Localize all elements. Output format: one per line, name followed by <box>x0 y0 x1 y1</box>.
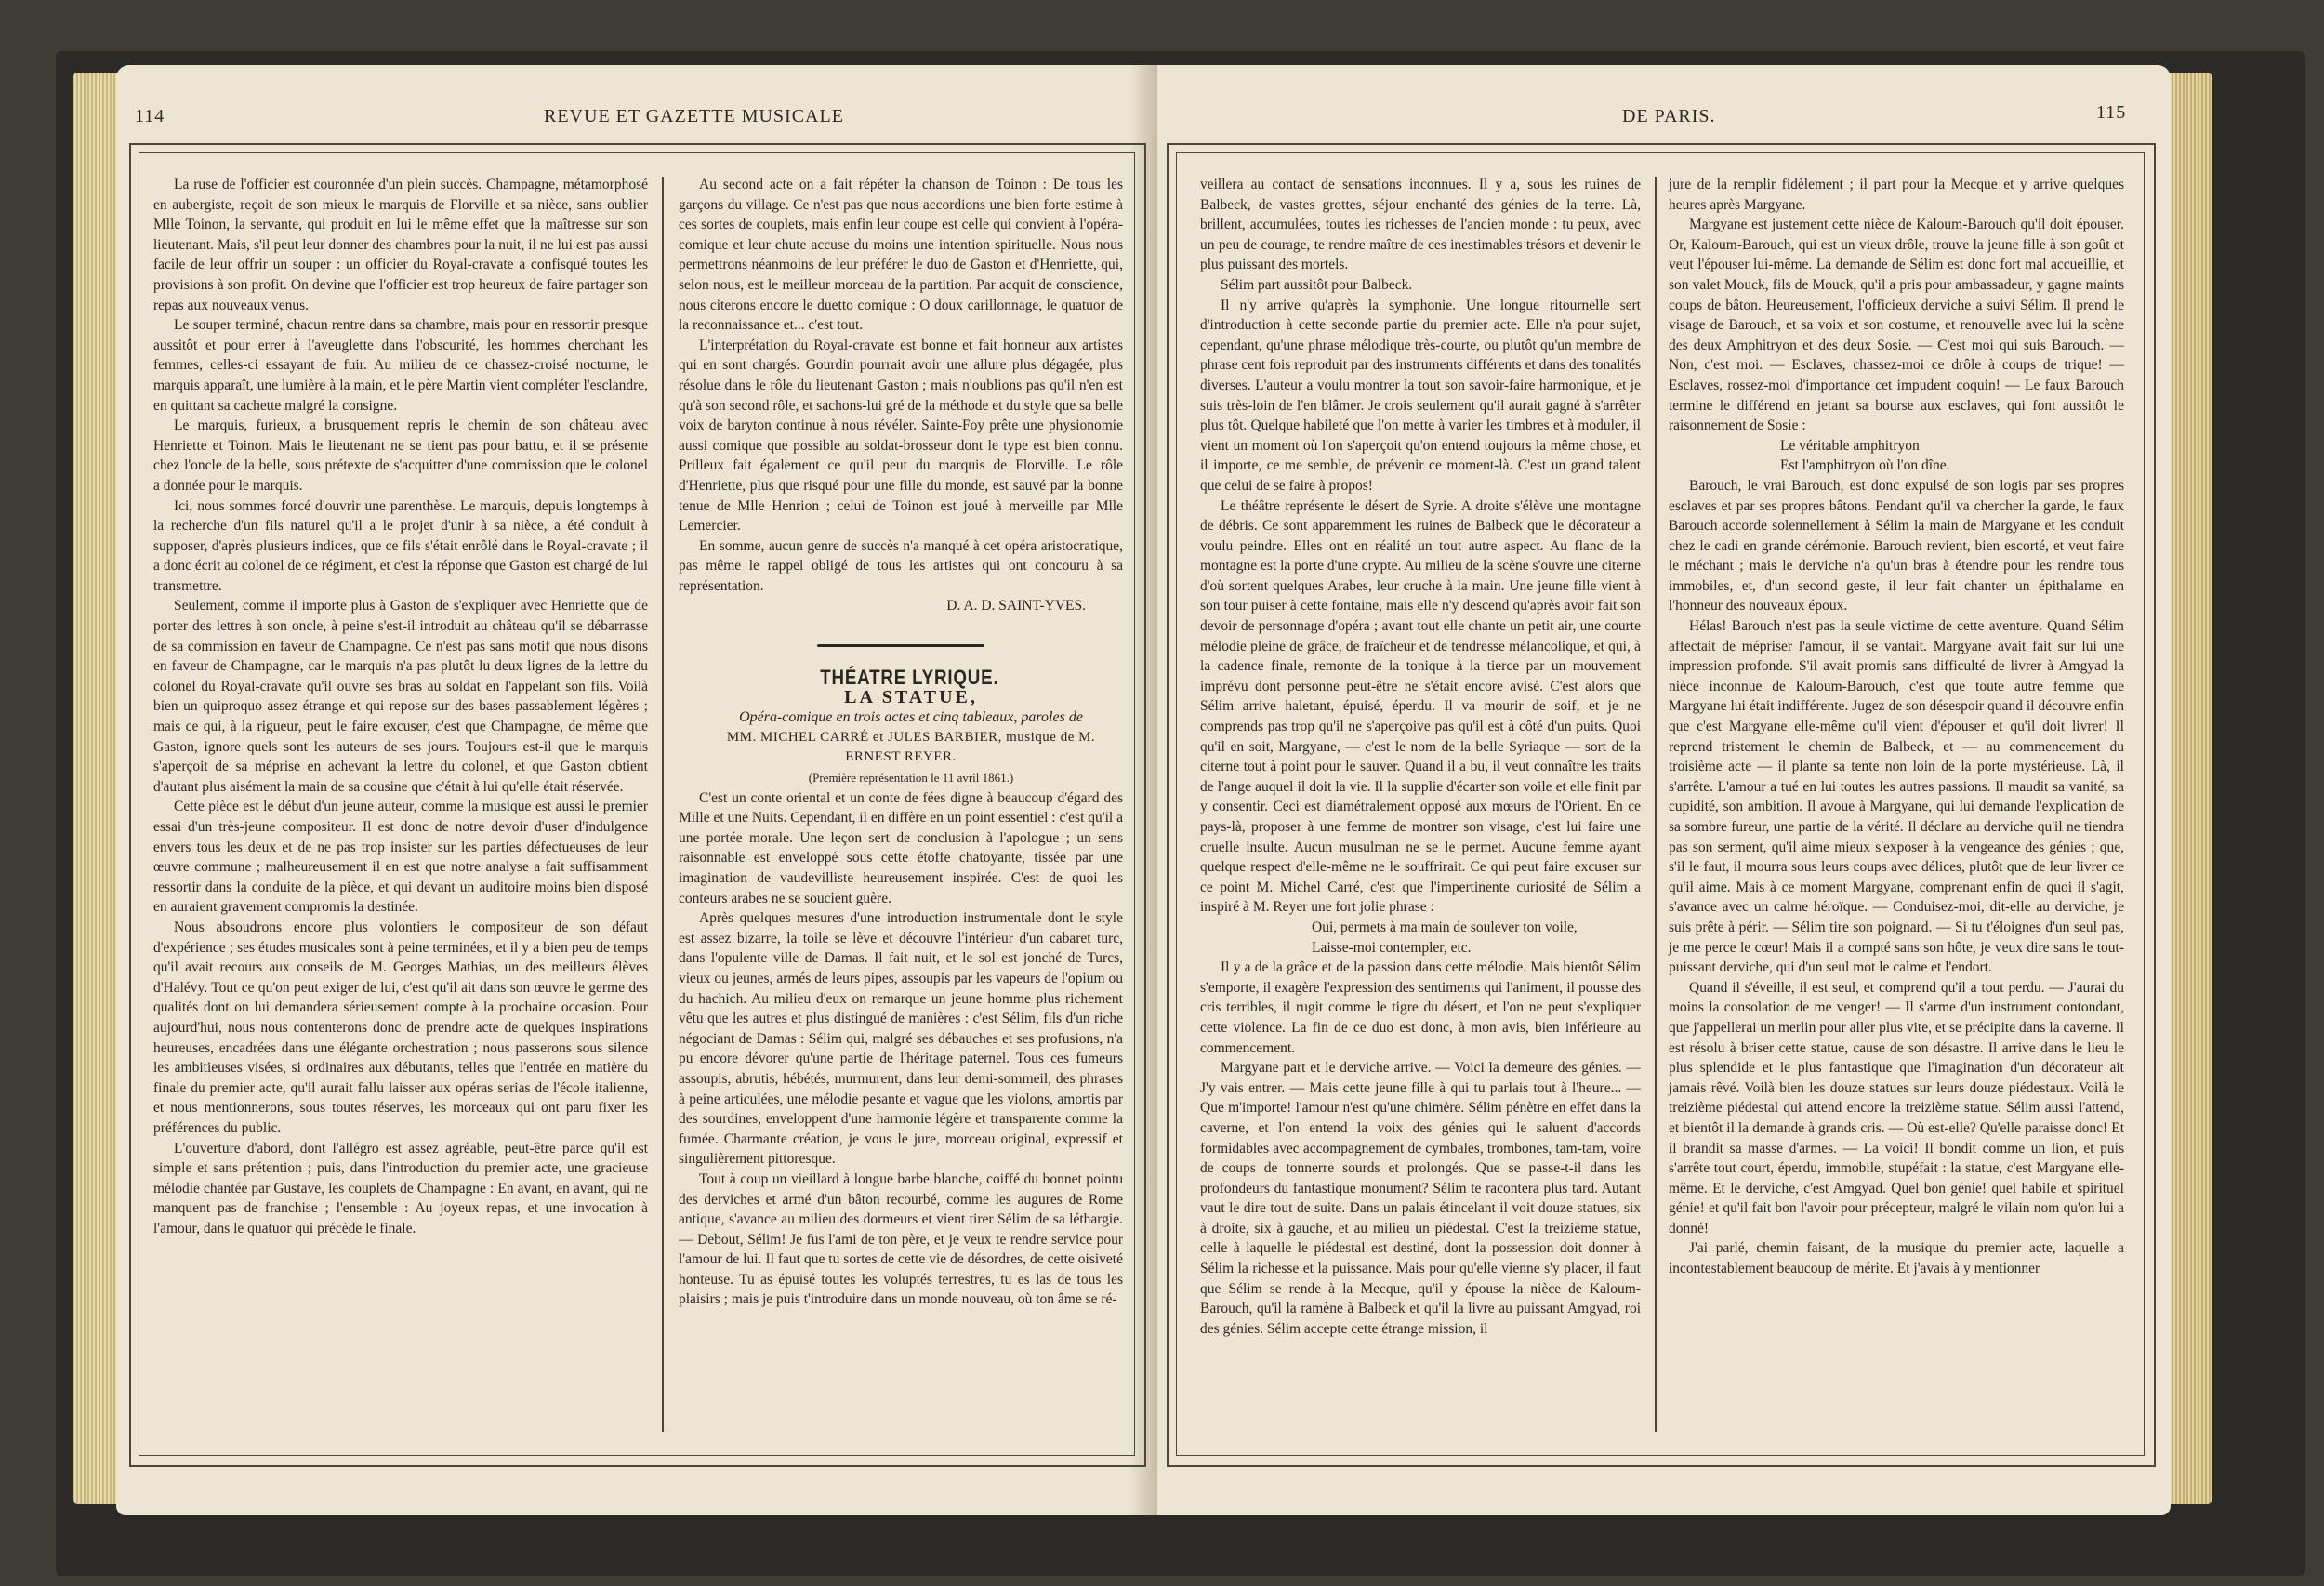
paragraph: Margyane part et le derviche arrive. — V… <box>1200 1058 1641 1339</box>
paragraph: En somme, aucun genre de succès n'a manq… <box>679 536 1123 597</box>
paragraph: Le souper terminé, chacun rentre dans sa… <box>153 315 648 416</box>
paragraph: Après quelques mesures d'une introductio… <box>679 908 1123 1170</box>
review-title: LA STATUE, <box>679 688 1123 708</box>
page-number-right: 115 <box>2096 102 2126 124</box>
paragraph: Seulement, comme il importe plus à Gasto… <box>153 596 648 797</box>
paragraph: Il y a de la grâce et de la passion dans… <box>1200 958 1641 1058</box>
verse-line: Est l'amphitryon où l'on dîne. <box>1669 456 2124 476</box>
section-separator <box>817 644 984 647</box>
paragraph: Margyane est justement cette nièce de Ka… <box>1669 215 2124 436</box>
right-column-1: veillera au contact de sensations inconn… <box>1200 175 1641 1339</box>
paragraph: Quand il s'éveille, il est seul, et comp… <box>1669 978 2124 1239</box>
paragraph: Au second acte on a fait répéter la chan… <box>679 175 1123 336</box>
paragraph: Il n'y arrive qu'après la symphonie. Une… <box>1200 296 1641 496</box>
page-edges-left <box>73 73 121 1504</box>
page-edges-right <box>2166 73 2212 1504</box>
section-heading: THÉATRE LYRIQUE. <box>712 667 1089 688</box>
verse-line: Oui, permets à ma main de soulever ton v… <box>1200 918 1641 938</box>
paragraph: veillera au contact de sensations inconn… <box>1200 175 1641 275</box>
signature: D. A. D. SAINT-YVES. <box>679 596 1123 616</box>
paragraph: Ici, nous sommes forcé d'ouvrir une pare… <box>153 496 648 597</box>
right-column-2: jure de la remplir fidèlement ; il part … <box>1669 175 2124 1279</box>
premiere-date: (Première représentation le 11 avril 186… <box>679 768 1123 788</box>
paragraph: Le marquis, furieux, a brusquement repri… <box>153 416 648 496</box>
left-page: 114 REVUE ET GAZETTE MUSICALE La ruse de… <box>116 65 1157 1515</box>
column-divider <box>662 177 664 1432</box>
paragraph: La ruse de l'officier est couronnée d'un… <box>153 175 648 315</box>
paragraph: L'interprétation du Royal-cravate est bo… <box>679 336 1123 536</box>
running-head-right: DE PARIS. <box>1622 106 1716 127</box>
page-number-left: 114 <box>135 106 165 127</box>
left-column-2: Au second acte on a fait répéter la chan… <box>679 175 1123 1310</box>
paragraph: Tout à coup un vieillard à longue barbe … <box>679 1170 1123 1310</box>
paragraph: Barouch, le vrai Barouch, est donc expul… <box>1669 476 2124 616</box>
paragraph: L'ouverture d'abord, dont l'allégro est … <box>153 1139 648 1239</box>
verse-line: Le véritable amphitryon <box>1669 436 2124 456</box>
review-subtitle: Opéra-comique en trois actes et cinq tab… <box>679 707 1123 728</box>
right-page: DE PARIS. 115 veillera au contact de sen… <box>1157 65 2171 1515</box>
paragraph: Sélim part aussitôt pour Balbeck. <box>1200 275 1641 296</box>
column-divider <box>1655 177 1657 1432</box>
paragraph: C'est un conte oriental et un conte de f… <box>679 788 1123 909</box>
paragraph: jure de la remplir fidèlement ; il part … <box>1669 175 2124 215</box>
paragraph: Cette pièce est le début d'un jeune aute… <box>153 797 648 918</box>
paragraph: Le théâtre représente le désert de Syrie… <box>1200 496 1641 918</box>
running-head-left: REVUE ET GAZETTE MUSICALE <box>544 106 844 127</box>
paragraph: Hélas! Barouch n'est pas la seule victim… <box>1669 616 2124 978</box>
paragraph: J'ai parlé, chemin faisant, de la musiqu… <box>1669 1238 2124 1278</box>
verse-line: Laisse-moi contempler, etc. <box>1200 938 1641 958</box>
paragraph: Nous absoudrons encore plus volontiers l… <box>153 918 648 1139</box>
review-authors: MM. MICHEL CARRÉ et JULES BARBIER, musiq… <box>679 728 1123 768</box>
left-column-1: La ruse de l'officier est couronnée d'un… <box>153 175 648 1238</box>
